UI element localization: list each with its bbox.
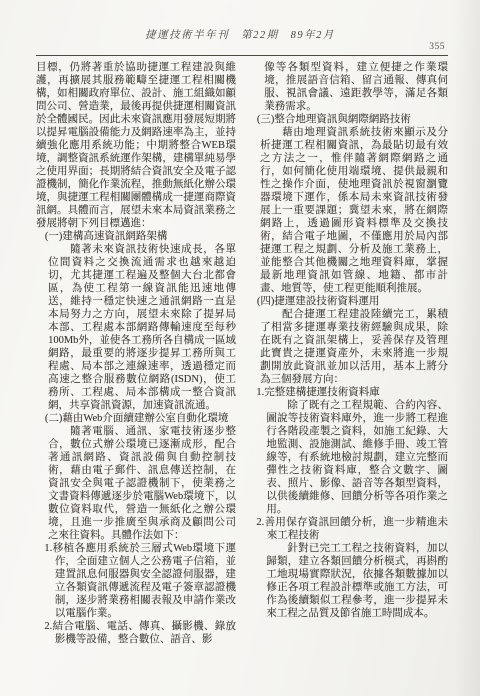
paragraph: 除了既有之工程規範、合約內容、圖說等技術資料庫外，進一步將工程進行各階段產製之資… bbox=[266, 399, 448, 516]
scanned-journal-page: 捷運技術半年刊 第22期 89年2月 355 目標，仍將著重於協助捷運工程建設與… bbox=[0, 0, 480, 696]
paragraph: 2.結合電腦、電話、傳真、攝影機、錄放影機等設備，整合數位、語音、影 bbox=[44, 620, 236, 646]
paragraph: 1.移植各應用系統於三層式Web環境下運作，全面建立個人之公務電子信箱，並建置訊… bbox=[44, 542, 236, 620]
paragraph: 隨著電腦、通訊、家電技術逐步整合，數位式辦公環境已逐漸成形，配合著通訊網路、資訊… bbox=[48, 425, 236, 542]
paragraph: 1.完整建構捷運技術資料庫 bbox=[256, 386, 448, 399]
paragraph: 藉由地理資訊系統技術來顯示及分析捷運工程相關資訊，為最貼切最有效之方法之一，惟伴… bbox=[260, 126, 448, 295]
paragraph: 像等各類型資料，建立便捷之作業環境，推展語音信箱、留言通報、傳真伺服、視訊會議、… bbox=[264, 61, 448, 113]
section-heading: (一)建構高速資訊網路架構 bbox=[45, 230, 236, 243]
text-columns: 目標，仍將著重於協助捷運工程建設與維護，再擴展其服務範疇至捷運工程相關機構，如相… bbox=[36, 61, 448, 646]
paragraph: 目標，仍將著重於協助捷運工程建設與維護，再擴展其服務範疇至捷運工程相關機構，如相… bbox=[36, 61, 236, 230]
paragraph: 配合捷運工程建設陸續完工，累積了相當多捷運專業技術經驗與成果，除在既有之資訊架構… bbox=[260, 308, 448, 386]
header-rule bbox=[36, 55, 448, 56]
journal-header: 捷運技術半年刊 第22期 89年2月 bbox=[0, 27, 480, 42]
section-heading: (三)整合地理資訊與網際網路技術 bbox=[257, 113, 448, 126]
page-number: 355 bbox=[429, 42, 445, 52]
column-right: 像等各類型資料，建立便捷之作業環境，推展語音信箱、留言通報、傳真伺服、視訊會議、… bbox=[248, 61, 448, 646]
paragraph: 針對已完工工程之技術資料，加以歸類，建立各類回饋分析模式，再斟酌工地現場實際狀況… bbox=[266, 542, 448, 620]
column-left: 目標，仍將著重於協助捷運工程建設與維護，再擴展其服務範疇至捷運工程相關機構，如相… bbox=[36, 61, 236, 646]
paragraph: 2.善用保存資訊回饋分析，進一步精進未來工程技術 bbox=[256, 516, 448, 542]
section-heading: (二)藉由Web介面續建辦公室自動化環境 bbox=[45, 412, 236, 425]
page-edge-shading bbox=[454, 0, 480, 696]
paragraph: 隨著未來資訊技術快速成長，各單位間資料之交換流通需求也越來越迫切，尤其捷運工程遍… bbox=[48, 243, 236, 412]
section-heading: (四)捷運建設技術資料運用 bbox=[257, 295, 448, 308]
